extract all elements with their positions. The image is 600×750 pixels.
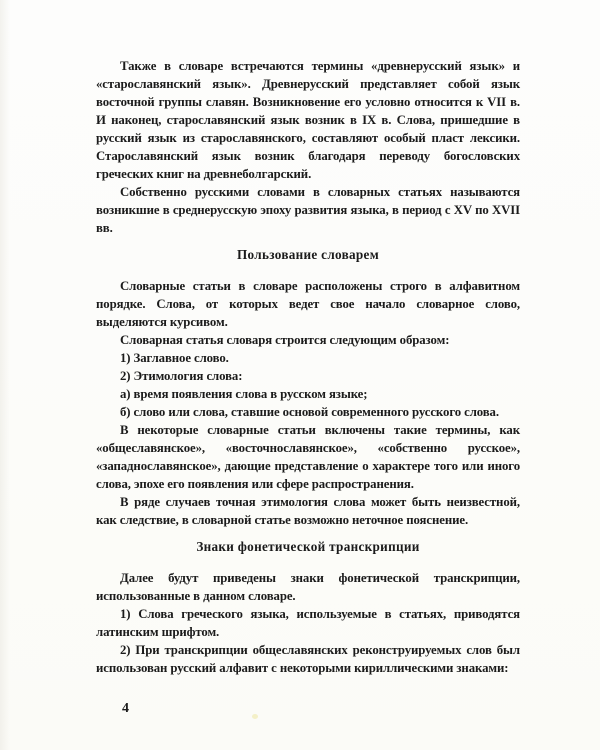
list-item-common-slavic-transcription: 2) При транскрипции общеславянских рекон… bbox=[96, 641, 520, 677]
scan-artifact-speck bbox=[252, 714, 258, 719]
paragraph-alphabetical-order: Словарные статьи в словаре расположены с… bbox=[96, 277, 520, 331]
list-item-etymology: 2) Этимология слова: bbox=[96, 367, 520, 385]
list-item-headword: 1) Заглавное слово. bbox=[96, 349, 520, 367]
page-text-column: Также в словаре встречаются термины «дре… bbox=[96, 57, 520, 677]
list-item-time-of-appearance: а) время появления слова в русском языке… bbox=[96, 385, 520, 403]
section-heading-phonetic-transcription: Знаки фонетической транскрипции bbox=[96, 538, 520, 556]
paragraph-entry-structure-intro: Словарная статья словаря строится следую… bbox=[96, 331, 520, 349]
paragraph-dictionary-terms: Также в словаре встречаются термины «дре… bbox=[96, 57, 520, 183]
list-item-base-words: б) слово или слова, ставшие основой совр… bbox=[96, 403, 520, 421]
list-item-greek-words: 1) Слова греческого языка, используемые … bbox=[96, 605, 520, 641]
book-page: Также в словаре встречаются термины «дре… bbox=[0, 0, 600, 750]
paragraph-native-russian-words: Собственно русскими словами в словарных … bbox=[96, 183, 520, 237]
paragraph-uncertain-etymology: В ряде случаев точная этимология слова м… bbox=[96, 493, 520, 529]
page-number: 4 bbox=[122, 701, 129, 717]
paragraph-transcription-intro: Далее будут приведены знаки фонетической… bbox=[96, 569, 520, 605]
section-heading-dictionary-usage: Пользование словарем bbox=[96, 246, 520, 264]
paragraph-term-labels: В некоторые словарные статьи включены та… bbox=[96, 421, 520, 493]
scan-edge-shadow bbox=[0, 0, 10, 750]
